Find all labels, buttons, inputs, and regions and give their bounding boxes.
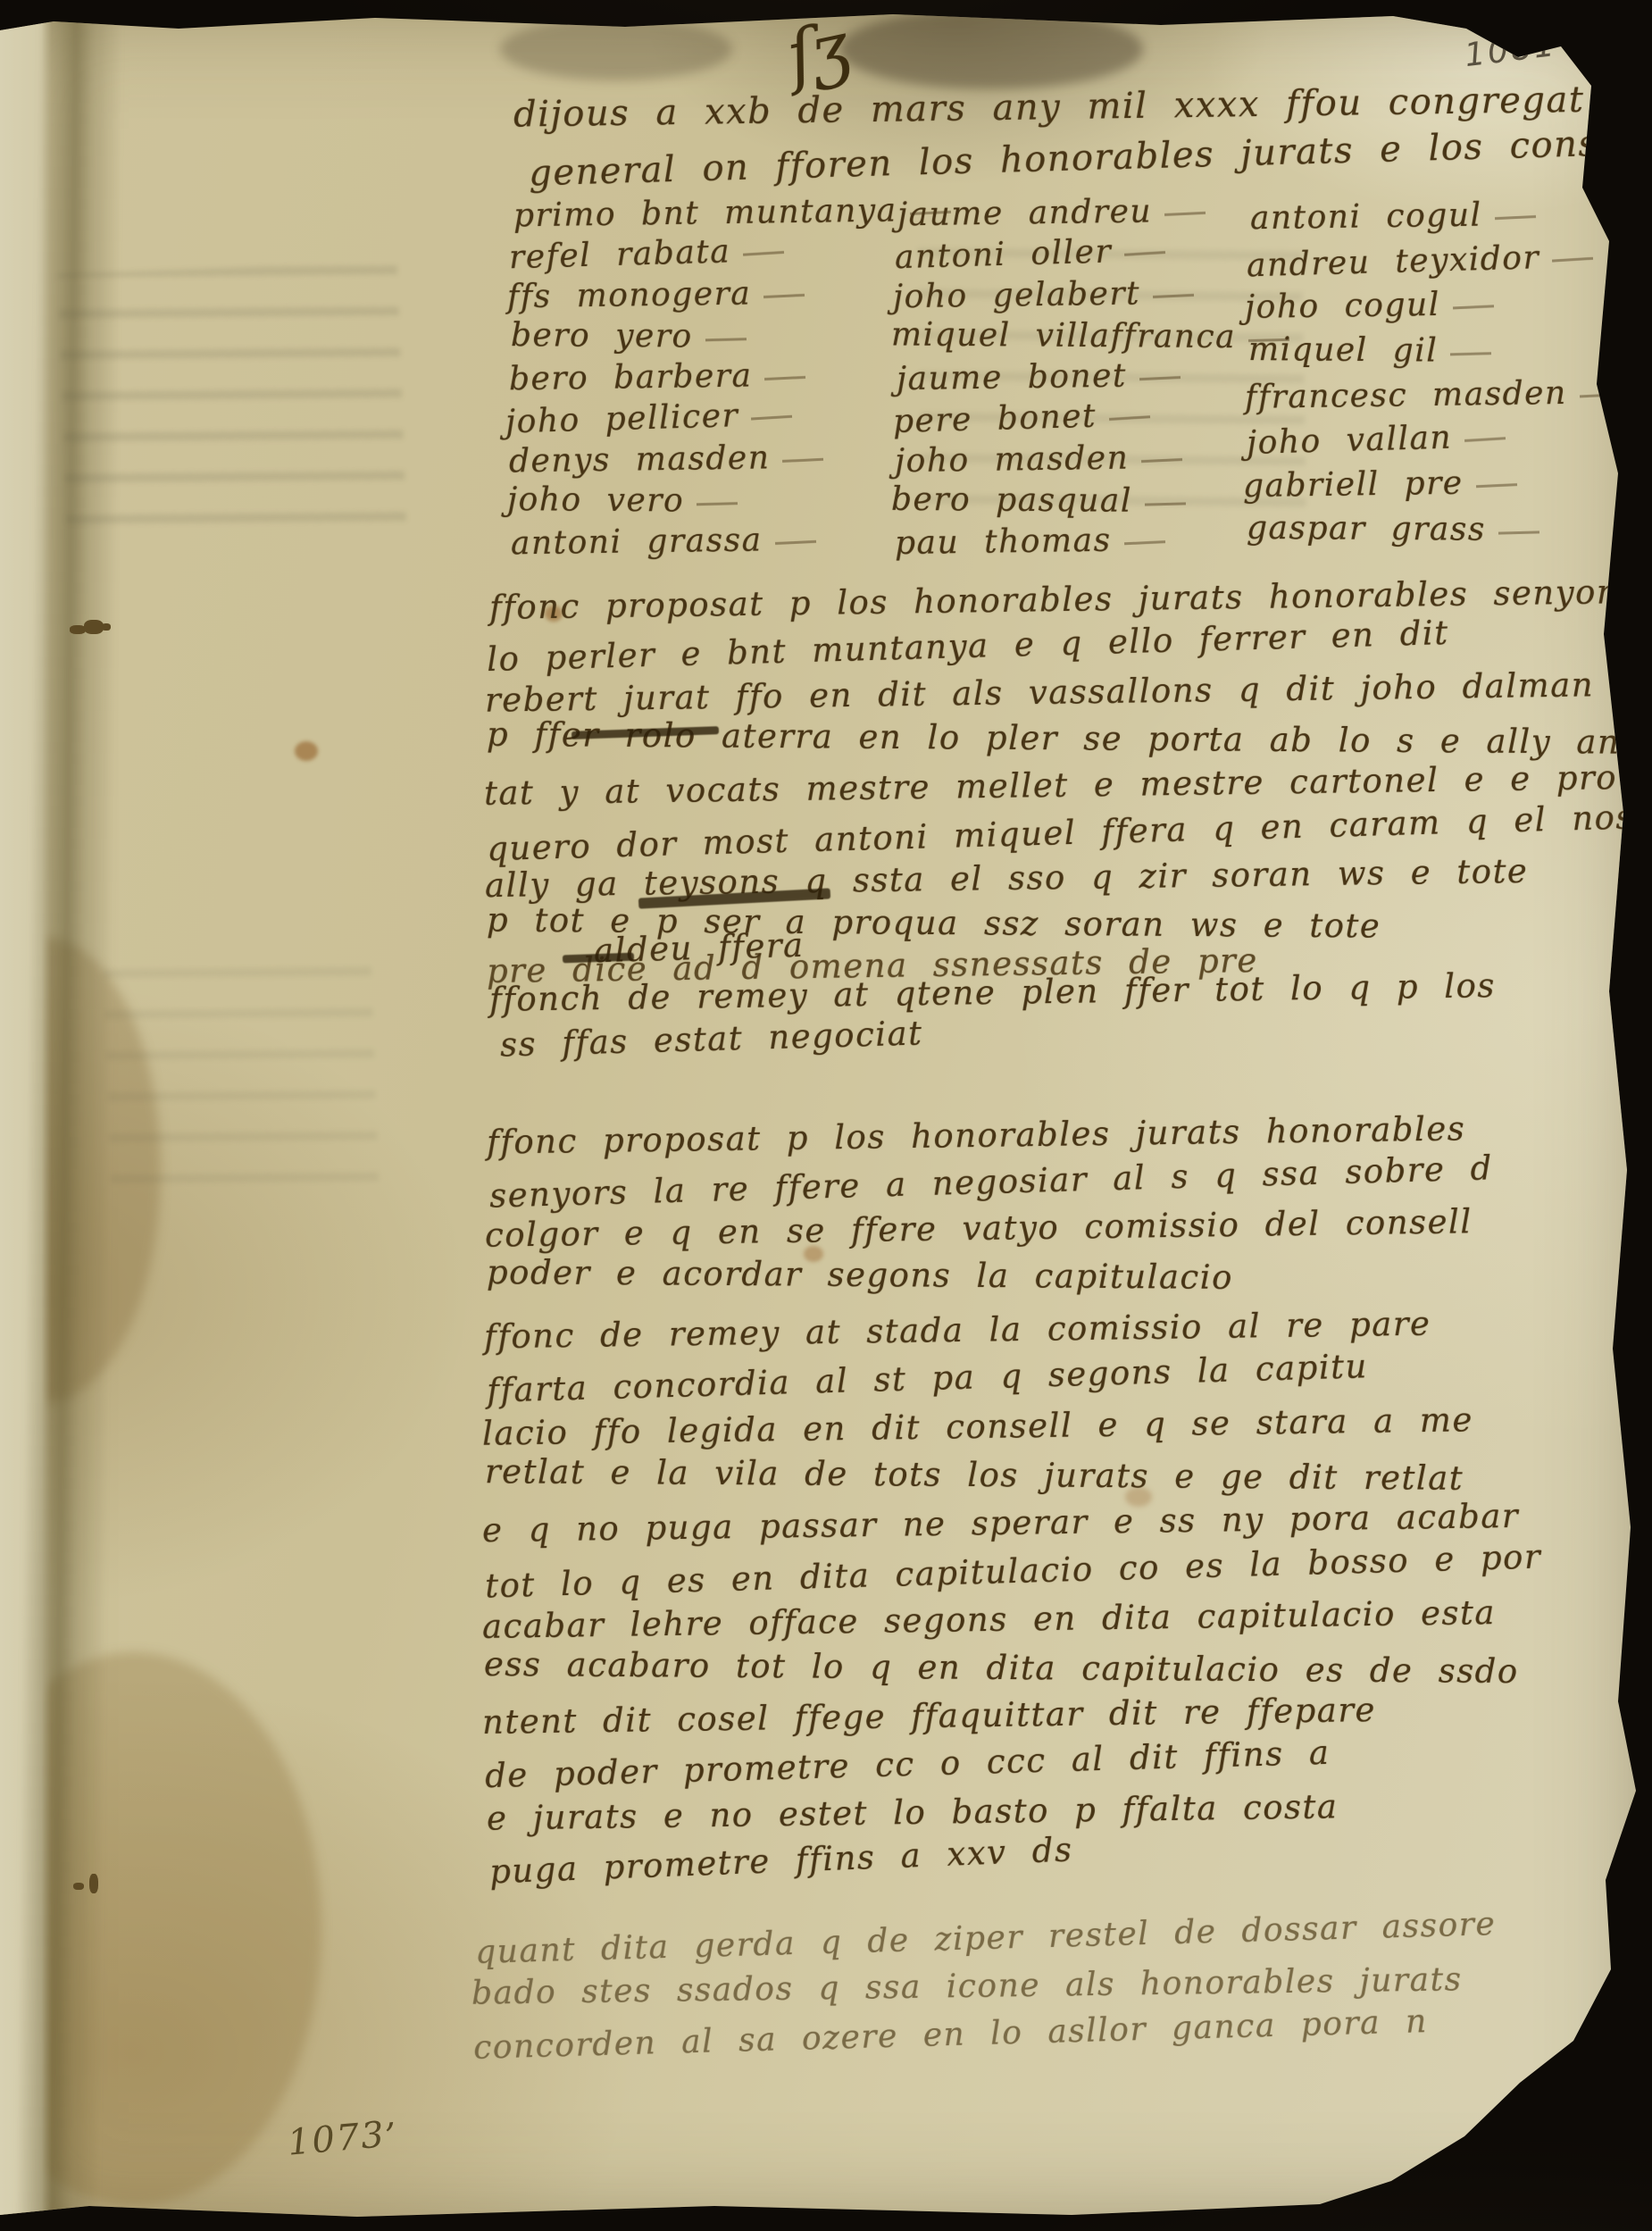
stain (839, 9, 1143, 89)
attendee-name: antoni grassa (511, 522, 816, 563)
body-line: lacio ffo legida en dit consell e q se s… (482, 1400, 1473, 1452)
stain (500, 18, 732, 80)
attendee-name: gabriell pre (1243, 464, 1517, 505)
folio-tick-mark: ʼ (382, 2116, 399, 2158)
body-line: p ffer rolo aterra en lo pler se porta a… (487, 715, 1652, 763)
attendee-name: joho masden (895, 439, 1183, 480)
attendee-name: pere bonet (892, 397, 1150, 440)
attendee-name: bero pasqual (891, 481, 1186, 520)
body-line: de poder prometre cc o ccc al dit ffins … (485, 1734, 1331, 1795)
attendee-name: antoni cogul (1250, 196, 1536, 237)
ink-showthrough (104, 960, 380, 1201)
folio-number-bottom: 1073 (286, 2114, 387, 2163)
attendee-name: jaume bonet (897, 357, 1181, 397)
attendee-name: miquel gil (1248, 331, 1491, 370)
body-line: ss ffas estat negociat (499, 1014, 923, 1064)
attendee-name: bero yero (511, 317, 747, 355)
attendee-name: joho vallan (1246, 418, 1506, 462)
binding-stitch (70, 618, 111, 641)
attendee-name: pau thomas (895, 522, 1165, 562)
body-line: ffonc proposat p los honorables jurats h… (489, 572, 1632, 627)
attendee-name: antoni oller (894, 232, 1165, 276)
body-line: concorden al sa ozere en lo asllor ganca… (473, 2003, 1429, 2067)
attendee-name: refel rabata (508, 232, 784, 277)
body-line: ntent dit cosel ffege ffaquittar dit re … (482, 1691, 1376, 1742)
body-line: puga prometre ffins a xxv ds (488, 1830, 1073, 1891)
body-line: acabar lehre offace segons en dita capit… (482, 1593, 1496, 1646)
attendee-name: ffs monogera (507, 275, 805, 316)
attendee-name: joho vero (507, 481, 738, 520)
attendee-name: joho gelabert (893, 275, 1195, 316)
attendee-name: primo bnt muntanya (513, 192, 951, 235)
body-line: aldeu ffera (593, 926, 805, 971)
binding-stitch (73, 1874, 114, 1897)
attendee-name: denys masden (509, 439, 824, 480)
body-line: e jurats e no estet lo basto p ffalta co… (487, 1787, 1339, 1837)
stain (295, 741, 318, 761)
body-line: poder e acordar segons la capitulacio (487, 1253, 1233, 1297)
body-line: bado stes ssados q ssa icone als honorab… (471, 1961, 1463, 2011)
attendee-name: ffrancesc masden (1245, 374, 1621, 416)
body-line: quant dita gerda q de ziper restel de do… (475, 1906, 1497, 1971)
paper-sheet: ſʒ 1081 1073 ʼ dijous a xxb de mars any … (0, 0, 1652, 2231)
attendee-name: jaume andreu (897, 193, 1206, 234)
attendee-name: joho cogul (1245, 286, 1494, 326)
body-line: ffarta concordia al st pa q segons la ca… (487, 1347, 1369, 1410)
body-line: retlat e la vila de tots los jurats e ge… (485, 1452, 1464, 1498)
attendee-name: miquel villaffranca (891, 316, 1289, 355)
ink-showthrough (58, 262, 406, 541)
manuscript-scan: ſʒ 1081 1073 ʼ dijous a xxb de mars any … (0, 0, 1652, 2231)
body-line: ess acabaro tot lo q en dita capitulacio… (484, 1645, 1519, 1691)
attendee-name: gaspar grass (1247, 510, 1539, 548)
folio-number-top: 1081 (1463, 27, 1559, 74)
attendee-name: bero barbera (509, 357, 806, 398)
attendee-name: joho pellicer (505, 397, 792, 441)
header-flourish: ſʒ (780, 7, 853, 98)
